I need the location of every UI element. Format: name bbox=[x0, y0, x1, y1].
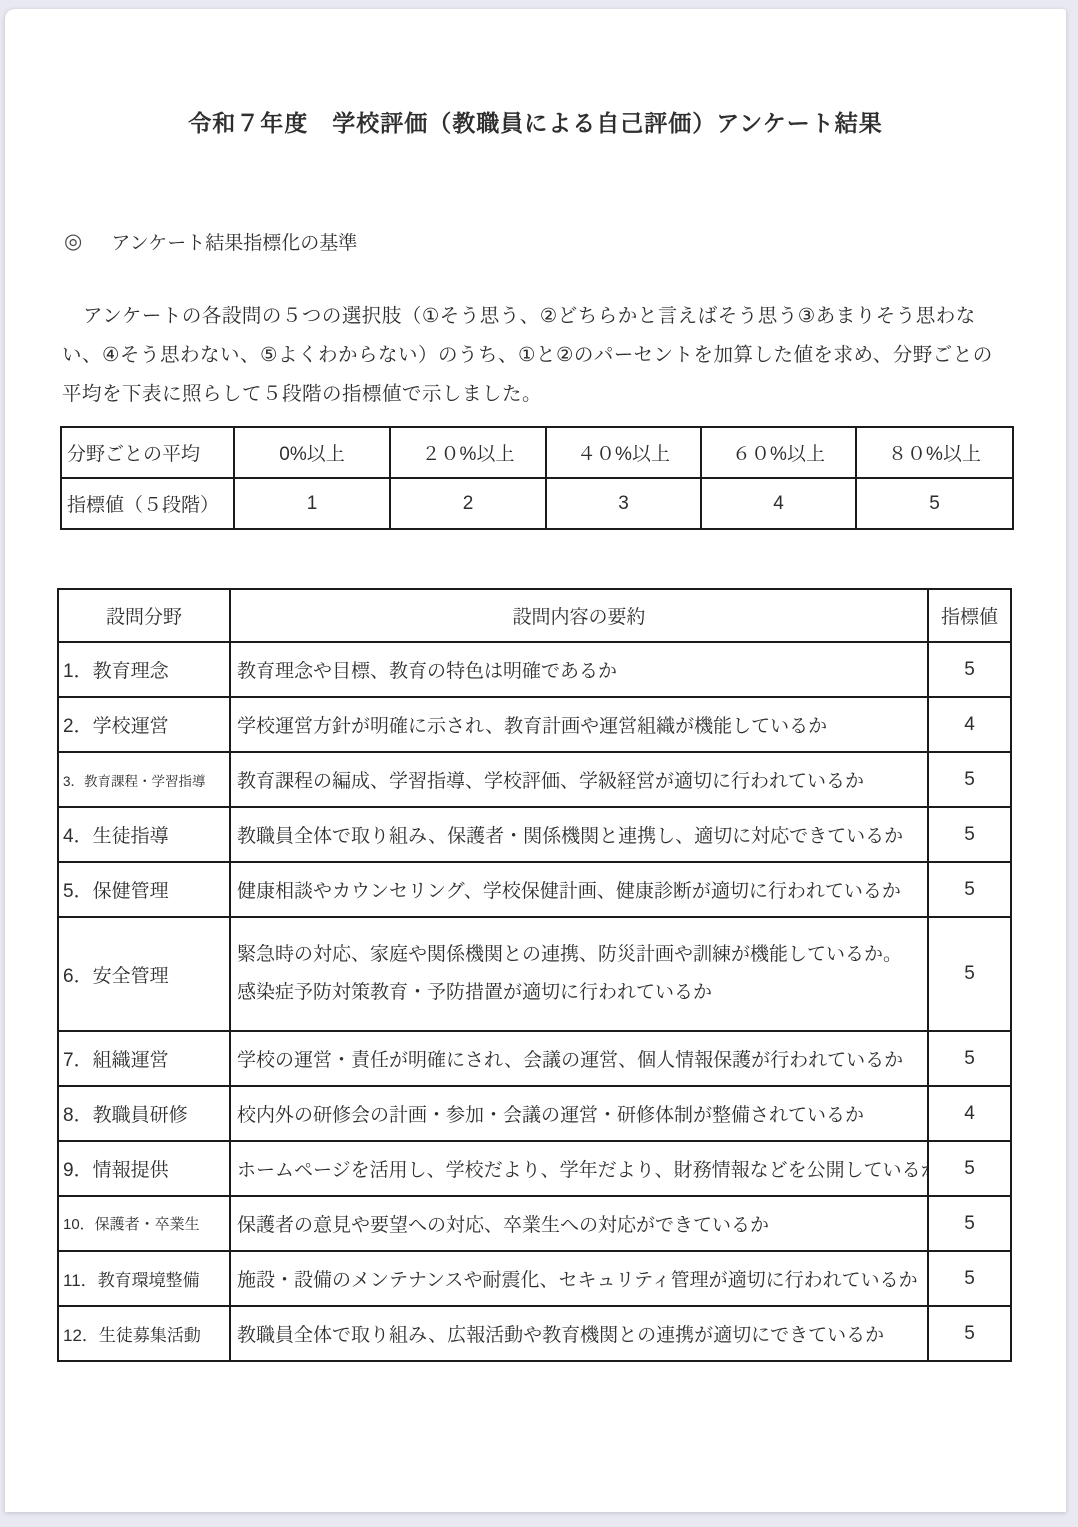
row-score: 5 bbox=[928, 807, 1011, 862]
table-row: 7．組織運営 学校の運営・責任が明確にされ、会議の運営、個人情報保護が行われてい… bbox=[58, 1031, 1011, 1086]
criteria-row1-label: 分野ごとの平均 bbox=[61, 427, 234, 478]
header-category: 設問分野 bbox=[58, 589, 230, 642]
page-title: 令和７年度 学校評価（教職員による自己評価）アンケート結果 bbox=[5, 110, 1066, 137]
criteria-index-cell: 5 bbox=[856, 478, 1013, 529]
results-header-row: 設問分野 設問内容の要約 指標値 bbox=[58, 589, 1011, 642]
criteria-index-cell: 1 bbox=[234, 478, 390, 529]
header-score: 指標値 bbox=[928, 589, 1011, 642]
criteria-average-row: 分野ごとの平均 0%以上 ２０%以上 ４０%以上 ６０%以上 ８０%以上 bbox=[61, 427, 1013, 478]
table-row: 2．学校運営 学校運営方針が明確に示され、教育計画や運営組織が機能しているか 4 bbox=[58, 697, 1011, 752]
row-summary: 保護者の意見や要望への対応、卒業生への対応ができているか bbox=[230, 1196, 928, 1251]
double-circle-marker: ◎ bbox=[64, 229, 82, 254]
table-row: 11．教育環境整備 施設・設備のメンテナンスや耐震化、セキュリティ管理が適切に行… bbox=[58, 1251, 1011, 1306]
row-score: 5 bbox=[928, 1141, 1011, 1196]
criteria-index-row: 指標値（５段階） 1 2 3 4 5 bbox=[61, 478, 1013, 529]
row-category: 8．教職員研修 bbox=[58, 1086, 230, 1141]
section-heading-text: アンケート結果指標化の基準 bbox=[111, 228, 357, 255]
row-category: 3．教育課程・学習指導 bbox=[58, 752, 230, 807]
table-row: 8．教職員研修 校内外の研修会の計画・参加・会議の運営・研修体制が整備されている… bbox=[58, 1086, 1011, 1141]
row-score: 5 bbox=[928, 917, 1011, 1031]
table-row: 5．保健管理 健康相談やカウンセリング、学校保健計画、健康診断が適切に行われてい… bbox=[58, 862, 1011, 917]
table-row: 4．生徒指導 教職員全体で取り組み、保護者・関係機関と連携し、適切に対応できてい… bbox=[58, 807, 1011, 862]
criteria-index-cell: 4 bbox=[701, 478, 856, 529]
table-row: 10．保護者・卒業生 保護者の意見や要望への対応、卒業生への対応ができているか … bbox=[58, 1196, 1011, 1251]
row-category: 7．組織運営 bbox=[58, 1031, 230, 1086]
row-category: 6．安全管理 bbox=[58, 917, 230, 1031]
row-score: 5 bbox=[928, 1306, 1011, 1361]
row-score: 5 bbox=[928, 1251, 1011, 1306]
row-summary: 教育課程の編成、学習指導、学校評価、学級経営が適切に行われているか bbox=[230, 752, 928, 807]
row-summary: 施設・設備のメンテナンスや耐震化、セキュリティ管理が適切に行われているか bbox=[230, 1251, 928, 1306]
criteria-threshold-cell: ８０%以上 bbox=[856, 427, 1013, 478]
row-score: 5 bbox=[928, 642, 1011, 697]
header-summary: 設問内容の要約 bbox=[230, 589, 928, 642]
row-category: 1．教育理念 bbox=[58, 642, 230, 697]
table-row: 9．情報提供 ホームページを活用し、学校だより、学年だより、財務情報などを公開し… bbox=[58, 1141, 1011, 1196]
row-category: 2．学校運営 bbox=[58, 697, 230, 752]
results-table: 設問分野 設問内容の要約 指標値 1．教育理念 教育理念や目標、教育の特色は明確… bbox=[57, 588, 1012, 1362]
criteria-index-cell: 3 bbox=[546, 478, 701, 529]
row-summary: ホームページを活用し、学校だより、学年だより、財務情報などを公開しているか bbox=[230, 1141, 928, 1196]
row-category: 9．情報提供 bbox=[58, 1141, 230, 1196]
row-category: 4．生徒指導 bbox=[58, 807, 230, 862]
section-heading: ◎ アンケート結果指標化の基準 bbox=[64, 228, 1066, 255]
criteria-index-cell: 2 bbox=[390, 478, 546, 529]
row-score: 5 bbox=[928, 862, 1011, 917]
intro-paragraph: アンケートの各設問の５つの選択肢（①そう思う、②どちらかと言えばそう思う③あまり… bbox=[62, 297, 1006, 414]
row-score: 5 bbox=[928, 752, 1011, 807]
row-summary: 教職員全体で取り組み、広報活動や教育機関との連携が適切にできているか bbox=[230, 1306, 928, 1361]
criteria-threshold-cell: ６０%以上 bbox=[701, 427, 856, 478]
table-row: 6．安全管理 緊急時の対応、家庭や関係機関との連携、防災計画や訓練が機能している… bbox=[58, 917, 1011, 1031]
row-summary: 学校の運営・責任が明確にされ、会議の運営、個人情報保護が行われているか bbox=[230, 1031, 928, 1086]
table-row: 3．教育課程・学習指導 教育課程の編成、学習指導、学校評価、学級経営が適切に行わ… bbox=[58, 752, 1011, 807]
criteria-threshold-cell: ２０%以上 bbox=[390, 427, 546, 478]
row-summary: 健康相談やカウンセリング、学校保健計画、健康診断が適切に行われているか bbox=[230, 862, 928, 917]
table-row: 12．生徒募集活動 教職員全体で取り組み、広報活動や教育機関との連携が適切にでき… bbox=[58, 1306, 1011, 1361]
criteria-threshold-cell: 0%以上 bbox=[234, 427, 390, 478]
row-score: 4 bbox=[928, 697, 1011, 752]
row-summary: 教育理念や目標、教育の特色は明確であるか bbox=[230, 642, 928, 697]
table-row: 1．教育理念 教育理念や目標、教育の特色は明確であるか 5 bbox=[58, 642, 1011, 697]
row-category: 10．保護者・卒業生 bbox=[58, 1196, 230, 1251]
row-summary: 教職員全体で取り組み、保護者・関係機関と連携し、適切に対応できているか bbox=[230, 807, 928, 862]
row-summary: 校内外の研修会の計画・参加・会議の運営・研修体制が整備されているか bbox=[230, 1086, 928, 1141]
row-summary: 学校運営方針が明確に示され、教育計画や運営組織が機能しているか bbox=[230, 697, 928, 752]
criteria-row2-label: 指標値（５段階） bbox=[61, 478, 234, 529]
row-score: 4 bbox=[928, 1086, 1011, 1141]
criteria-threshold-cell: ４０%以上 bbox=[546, 427, 701, 478]
row-category: 11．教育環境整備 bbox=[58, 1251, 230, 1306]
document-page: 令和７年度 学校評価（教職員による自己評価）アンケート結果 ◎ アンケート結果指… bbox=[5, 9, 1066, 1512]
row-category: 12．生徒募集活動 bbox=[58, 1306, 230, 1361]
row-summary: 緊急時の対応、家庭や関係機関との連携、防災計画や訓練が機能しているか。感染症予防… bbox=[230, 917, 928, 1031]
criteria-table: 分野ごとの平均 0%以上 ２０%以上 ４０%以上 ６０%以上 ８０%以上 指標値… bbox=[60, 426, 1014, 530]
row-score: 5 bbox=[928, 1196, 1011, 1251]
row-score: 5 bbox=[928, 1031, 1011, 1086]
row-category: 5．保健管理 bbox=[58, 862, 230, 917]
